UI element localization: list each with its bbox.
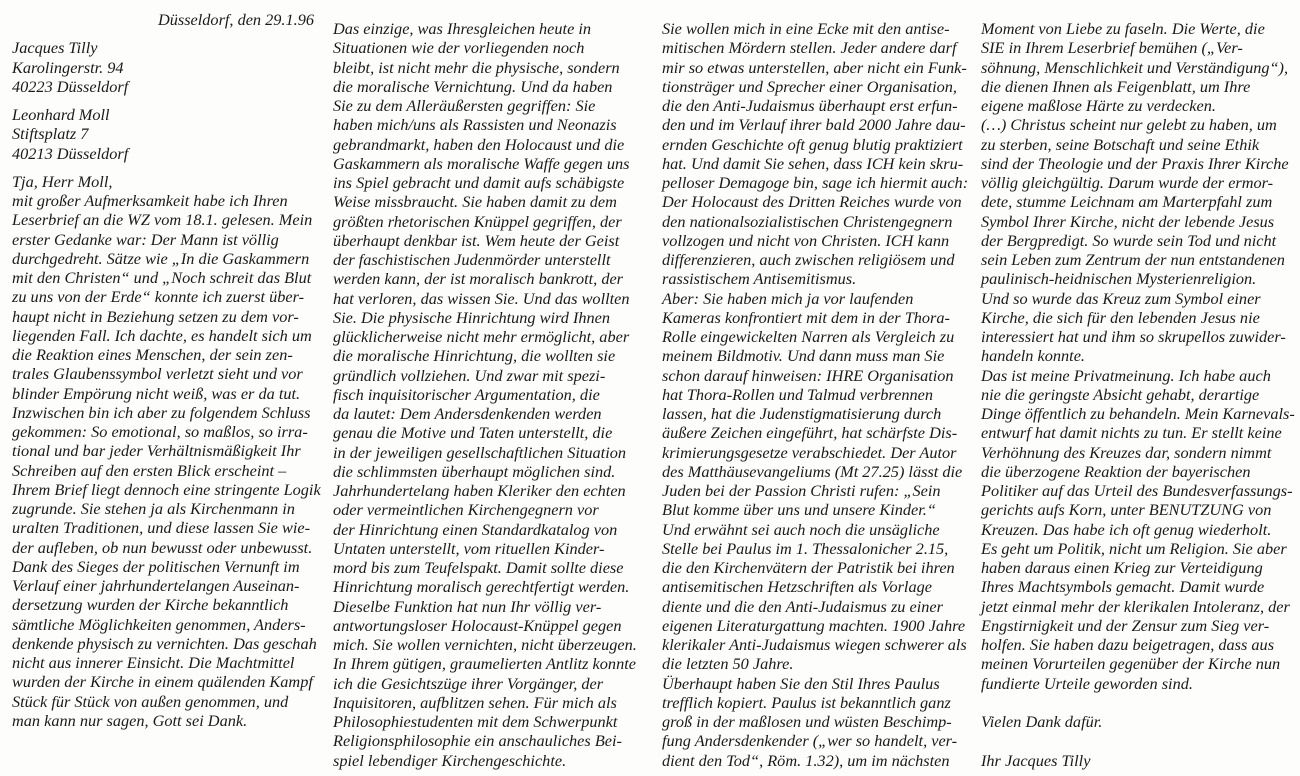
text-line: mich. Sie wollen vernichten, nicht überz… bbox=[333, 635, 655, 654]
text-line: Verlauf einer jahrhundertelangen Auseina… bbox=[12, 576, 334, 595]
text-line: die den Kirchenvätern der Patristik bei … bbox=[662, 558, 984, 577]
text-line: Hinrichtung moralisch gerechtfertigt wer… bbox=[333, 577, 655, 596]
text-line: tionsträger und Sprecher einer Organisat… bbox=[662, 77, 984, 96]
text-line: paulinisch-heidnischen Mysterienreligion… bbox=[981, 269, 1299, 288]
text-line: haupt nicht in Beziehung setzen zu dem v… bbox=[12, 307, 334, 326]
text-line: mit den Christen“ und „Noch schreit das … bbox=[12, 268, 334, 287]
recipient-city: 40213 Düsseldorf bbox=[12, 144, 334, 163]
text-line: Symbol Ihrer Kirche, nicht der lebende J… bbox=[981, 212, 1299, 231]
text-line: diente und die den Anti-Judaismus zu ein… bbox=[662, 597, 984, 616]
text-line: tional und bar jeder Verhältnismäßigkeit… bbox=[12, 441, 334, 460]
text-line: hat verloren, das wissen Sie. Und das wo… bbox=[333, 289, 655, 308]
text-line: Religionsphilosophie ein anschauliches B… bbox=[333, 731, 655, 750]
text-line: gründlich vollziehen. Und zwar mit spezi… bbox=[333, 366, 655, 385]
text-line: in der jeweiligen gesellschaftlichen Sit… bbox=[333, 443, 655, 462]
text-line: denkende physisch zu vernichten. Das ges… bbox=[12, 634, 334, 653]
text-line: sämtliche Möglichkeiten genommen, Anders… bbox=[12, 615, 334, 634]
body-text-column-3: Sie wollen mich in eine Ecke mit den ant… bbox=[662, 19, 984, 770]
text-line: haben daraus einen Krieg zur Verteidigun… bbox=[981, 558, 1299, 577]
signature: Ihr Jacques Tilly bbox=[981, 751, 1299, 770]
text-line: zugrunde. Sie stehen ja als Kirchenmann … bbox=[12, 499, 334, 518]
text-line: mord bis zum Teufelspakt. Damit sollte d… bbox=[333, 558, 655, 577]
text-line: hat Thora-Rollen und Talmud verbrennen bbox=[662, 385, 984, 404]
text-line: eigenen Literaturgattung machten. 1900 J… bbox=[662, 616, 984, 635]
text-line: jetzt einmal mehr der klerikalen Intoler… bbox=[981, 597, 1299, 616]
text-line: liegenden Fall. Ich dachte, es handelt s… bbox=[12, 326, 334, 345]
text-line: des Matthäusevangeliums (Mt 27.25) lässt… bbox=[662, 462, 984, 481]
letter-column-3: Sie wollen mich in eine Ecke mit den ant… bbox=[662, 10, 984, 770]
text-line: interessiert hat und ihm so skrupellos z… bbox=[981, 327, 1299, 346]
text-line: durchgedreht. Sätze wie „In die Gaskamme… bbox=[12, 249, 334, 268]
text-line: wurden der Kirche in einem quälenden Kam… bbox=[12, 672, 334, 691]
text-line: Philosophiestudenten mit dem Schwerpunkt bbox=[333, 712, 655, 731]
text-line: nicht aus innerer Einsicht. Die Machtmit… bbox=[12, 653, 334, 672]
text-line: söhnung, Menschlichkeit und Verständigun… bbox=[981, 58, 1299, 77]
text-line: fundierte Urteile geworden sind. bbox=[981, 674, 1299, 693]
text-line: pelloser Demagoge bin, sage ich hiermit … bbox=[662, 173, 984, 192]
text-line: Engstirnigkeit und der Zensur zum Sieg v… bbox=[981, 616, 1299, 635]
sender-name: Jacques Tilly bbox=[12, 38, 334, 57]
text-line: In Ihrem gütigen, graumelierten Antlitz … bbox=[333, 654, 655, 673]
body-text-column-4: Moment von Liebe zu faseln. Die Werte, d… bbox=[981, 19, 1299, 693]
text-line: gerichts aufs Korn, unter BENUTZUNG von bbox=[981, 500, 1299, 519]
text-line: fisch inquisitorischer Argumentation, di… bbox=[333, 385, 655, 404]
text-line: Stück für Stück von außen genommen, und bbox=[12, 692, 334, 711]
text-line: antwortungsloser Holocaust-Knüppel gegen bbox=[333, 616, 655, 635]
text-line: Juden bei der Passion Christi rufen: „Se… bbox=[662, 481, 984, 500]
text-line: Ihrem Brief liegt dennoch eine stringent… bbox=[12, 480, 334, 499]
text-line: Situationen wie der vorliegenden noch bbox=[333, 38, 655, 57]
text-line: eigene maßlose Härte zu verdecken. bbox=[981, 96, 1299, 115]
text-line: Politiker auf das Urteil des Bundesverfa… bbox=[981, 481, 1299, 500]
text-line: zu uns von der Erde“ konnte ich zuerst ü… bbox=[12, 287, 334, 306]
text-line: krimierungsgesetze verabschiedet. Der Au… bbox=[662, 443, 984, 462]
text-line: Dieselbe Funktion hat nun Ihr völlig ver… bbox=[333, 597, 655, 616]
text-line: Es geht um Politik, nicht um Religion. S… bbox=[981, 539, 1299, 558]
text-line: Ihres Machtsymbols gemacht. Damit wurde bbox=[981, 577, 1299, 596]
text-line: trefflich kopiert. Paulus ist bekanntlic… bbox=[662, 693, 984, 712]
text-line: Moment von Liebe zu faseln. Die Werte, d… bbox=[981, 19, 1299, 38]
text-line: handeln konnte. bbox=[981, 346, 1299, 365]
closing: Vielen Dank dafür. bbox=[981, 712, 1299, 731]
text-line: die den Anti-Judaismus überhaupt erst er… bbox=[662, 96, 984, 115]
text-line: Stelle bei Paulus im 1. Thessalonicher 2… bbox=[662, 539, 984, 558]
text-line: der aufleben, ob nun bewusst oder unbewu… bbox=[12, 538, 334, 557]
text-line: Das ist meine Privatmeinung. Ich habe au… bbox=[981, 366, 1299, 385]
text-line: Kirche, die sich für den lebenden Jesus … bbox=[981, 308, 1299, 327]
text-line: den und im Verlauf ihrer bald 2000 Jahre… bbox=[662, 115, 984, 134]
letter-column-1: Düsseldorf, den 29.1.96 Jacques Tilly Ka… bbox=[12, 10, 334, 730]
text-line: antisemitischen Hetzschriften als Vorlag… bbox=[662, 577, 984, 596]
text-line: holfen. Sie haben dazu beigetragen, dass… bbox=[981, 635, 1299, 654]
text-line: lassen, hat die Judenstigmatisierung dur… bbox=[662, 404, 984, 423]
text-line: glücklicherweise nicht mehr ermöglicht, … bbox=[333, 327, 655, 346]
text-line: die letzten 50 Jahre. bbox=[662, 654, 984, 673]
text-line: klerikaler Anti-Judaismus wiegen schwere… bbox=[662, 635, 984, 654]
text-line: Rolle eingewickelten Narren als Vergleic… bbox=[662, 327, 984, 346]
text-line: Inquisitoren, aufblitzen sehen. Für mich… bbox=[333, 693, 655, 712]
text-line: gebrandmarkt, haben den Holocaust und di… bbox=[333, 135, 655, 154]
text-line: haben mich/uns als Rassisten und Neonazi… bbox=[333, 115, 655, 134]
text-line: ernden Geschichte oft genug blutig prakt… bbox=[662, 135, 984, 154]
letter-column-2: Das einzige, was Ihresgleichen heute inS… bbox=[333, 10, 655, 770]
text-line: groß in der maßlosen und wüsten Beschimp… bbox=[662, 712, 984, 731]
text-line: die moralische Vernichtung. Und da haben bbox=[333, 77, 655, 96]
text-line: Das einzige, was Ihresgleichen heute in bbox=[333, 19, 655, 38]
body-text-column-2: Das einzige, was Ihresgleichen heute inS… bbox=[333, 19, 655, 770]
text-line: dete, stumme Leichnam am Marterpfahl zum bbox=[981, 192, 1299, 211]
text-line: Und so wurde das Kreuz zum Symbol einer bbox=[981, 289, 1299, 308]
text-line: Überhaupt haben Sie den Stil Ihres Paulu… bbox=[662, 674, 984, 693]
text-line: uralten Traditionen, und diese lassen Si… bbox=[12, 518, 334, 537]
text-line: Sie. Die physische Hinrichtung wird Ihne… bbox=[333, 308, 655, 327]
letter-page: Düsseldorf, den 29.1.96 Jacques Tilly Ka… bbox=[0, 0, 1300, 776]
sender-address: Jacques Tilly Karolingerstr. 94 40223 Dü… bbox=[12, 38, 334, 96]
text-line: völlig gleichgültig. Darum wurde der erm… bbox=[981, 173, 1299, 192]
text-line: werden kann, der ist moralisch bankrott,… bbox=[333, 269, 655, 288]
text-line: ich die Gesichtszüge ihrer Vorgänger, de… bbox=[333, 674, 655, 693]
body-text-column-1: mit großer Aufmerksamkeit habe ich Ihren… bbox=[12, 191, 334, 730]
text-line: Jahrhundertelang haben Kleriker den echt… bbox=[333, 481, 655, 500]
text-line: Dank des Sieges der politischen Vernunft… bbox=[12, 557, 334, 576]
text-line: hat. Und damit Sie sehen, dass ICH kein … bbox=[662, 154, 984, 173]
text-line: Kameras konfrontiert mit dem in der Thor… bbox=[662, 308, 984, 327]
text-line: ins Spiel gebracht und damit aufs schäbi… bbox=[333, 173, 655, 192]
text-line: äußere Zeichen eingeführt, hat schärfste… bbox=[662, 423, 984, 442]
text-line: oder vermeintlichen Kirchengegnern vor bbox=[333, 500, 655, 519]
text-line: da lautet: Dem Andersdenkenden werden bbox=[333, 404, 655, 423]
text-line: die Reaktion eines Menschen, der sein ze… bbox=[12, 345, 334, 364]
text-line: schon darauf hinweisen: IHRE Organisatio… bbox=[662, 366, 984, 385]
text-line: die dienen Ihnen als Feigenblatt, um Ihr… bbox=[981, 77, 1299, 96]
text-line: genau die Motive und Taten unterstellt, … bbox=[333, 423, 655, 442]
text-line: spiel lebendiger Kirchengeschichte. bbox=[333, 751, 655, 770]
sender-city: 40223 Düsseldorf bbox=[12, 77, 334, 96]
text-line: Und erwähnt sei auch noch die unsägliche bbox=[662, 520, 984, 539]
text-line: den nationalsozialistischen Christengegn… bbox=[662, 212, 984, 231]
salutation: Tja, Herr Moll, bbox=[12, 172, 334, 191]
text-line: Weise missbraucht. Sie haben damit zu de… bbox=[333, 192, 655, 211]
text-line: Leserbrief an die WZ vom 18.1. gelesen. … bbox=[12, 210, 334, 229]
text-line: Kreuzen. Das habe ich oft genug wiederho… bbox=[981, 520, 1299, 539]
text-line: dient den Tod“, Röm. 1.32), um im nächst… bbox=[662, 751, 984, 770]
text-line: Sie zu dem Alleräußersten gegriffen: Sie bbox=[333, 96, 655, 115]
text-line: der Bergpredigt. So wurde sein Tod und n… bbox=[981, 231, 1299, 250]
text-line: gekommen: So emotional, so maßlos, so ir… bbox=[12, 422, 334, 441]
text-line: vollzogen und nicht von Christen. ICH ka… bbox=[662, 231, 984, 250]
text-line: entwurf hat damit nichts zu tun. Er stel… bbox=[981, 423, 1299, 442]
letter-column-4: Moment von Liebe zu faseln. Die Werte, d… bbox=[981, 10, 1299, 770]
recipient-address: Leonhard Moll Stiftsplatz 7 40213 Düssel… bbox=[12, 105, 334, 163]
text-line: mit großer Aufmerksamkeit habe ich Ihren bbox=[12, 191, 334, 210]
text-line: Untaten unterstellt, vom rituellen Kinde… bbox=[333, 539, 655, 558]
text-line: trales Glaubenssymbol verletzt sieht und… bbox=[12, 364, 334, 383]
text-line: dersetzung wurden der Kirche bekanntlich bbox=[12, 595, 334, 614]
text-line: (…) Christus scheint nur gelebt zu haben… bbox=[981, 115, 1299, 134]
sender-street: Karolingerstr. 94 bbox=[12, 58, 334, 77]
text-line: der faschistischen Judenmörder unterstel… bbox=[333, 250, 655, 269]
letter-date: Düsseldorf, den 29.1.96 bbox=[12, 10, 314, 29]
text-line: die moralische Hinrichtung, die wollten … bbox=[333, 346, 655, 365]
text-line: man kann nur sagen, Gott sei Dank. bbox=[12, 711, 334, 730]
text-line: Gaskammern als moralische Waffe gegen un… bbox=[333, 154, 655, 173]
text-line: erster Gedanke war: Der Mann ist völlig bbox=[12, 230, 334, 249]
recipient-street: Stiftsplatz 7 bbox=[12, 124, 334, 143]
text-line: zu sterben, seine Botschaft und seine Et… bbox=[981, 135, 1299, 154]
text-line: fung Andersdenkender („wer so handelt, v… bbox=[662, 731, 984, 750]
text-line: nie die geringste Absicht gehabt, derart… bbox=[981, 385, 1299, 404]
text-line: sind der Theologie und der Praxis Ihrer … bbox=[981, 154, 1299, 173]
text-line: rassistischem Antisemitismus. bbox=[662, 269, 984, 288]
text-line: Der Holocaust des Dritten Reiches wurde … bbox=[662, 192, 984, 211]
text-line: blinder Empörung nicht weiß, was er da t… bbox=[12, 384, 334, 403]
text-line: größten rhetorischen Knüppel gegriffen, … bbox=[333, 212, 655, 231]
text-line: meinem Bildmotiv. Und dann muss man Sie bbox=[662, 346, 984, 365]
text-line: mitischen Mördern stellen. Jeder andere … bbox=[662, 38, 984, 57]
text-line: der Hinrichtung einen Standardkatalog vo… bbox=[333, 520, 655, 539]
text-line: Verhöhnung des Kreuzes dar, sondern nimm… bbox=[981, 443, 1299, 462]
text-line: Dinge öffentlich zu behandeln. Mein Karn… bbox=[981, 404, 1299, 423]
recipient-name: Leonhard Moll bbox=[12, 105, 334, 124]
text-line: sein Leben zum Zentrum der nun entstande… bbox=[981, 250, 1299, 269]
text-line: Schreiben auf den ersten Blick erscheint… bbox=[12, 461, 334, 480]
text-line: die schlimmsten überhaupt möglichen sind… bbox=[333, 462, 655, 481]
text-line: überhaupt denkbar ist. Wem heute der Gei… bbox=[333, 231, 655, 250]
text-line: die überzogene Reaktion der bayerischen bbox=[981, 462, 1299, 481]
text-line: mir so etwas unterstellen, aber nicht ei… bbox=[662, 58, 984, 77]
text-line: SIE in Ihrem Leserbrief bemühen („Ver- bbox=[981, 38, 1299, 57]
text-line: differenzieren, auch zwischen religiösem… bbox=[662, 250, 984, 269]
text-line: Inzwischen bin ich aber zu folgendem Sch… bbox=[12, 403, 334, 422]
text-line: meinen Vorurteilen gegenüber der Kirche … bbox=[981, 654, 1299, 673]
text-line: Sie wollen mich in eine Ecke mit den ant… bbox=[662, 19, 984, 38]
text-line: Blut komme über uns und unsere Kinder.“ bbox=[662, 500, 984, 519]
text-line: bleibt, ist nicht mehr die physische, so… bbox=[333, 58, 655, 77]
text-line: Aber: Sie haben mich ja vor laufenden bbox=[662, 289, 984, 308]
